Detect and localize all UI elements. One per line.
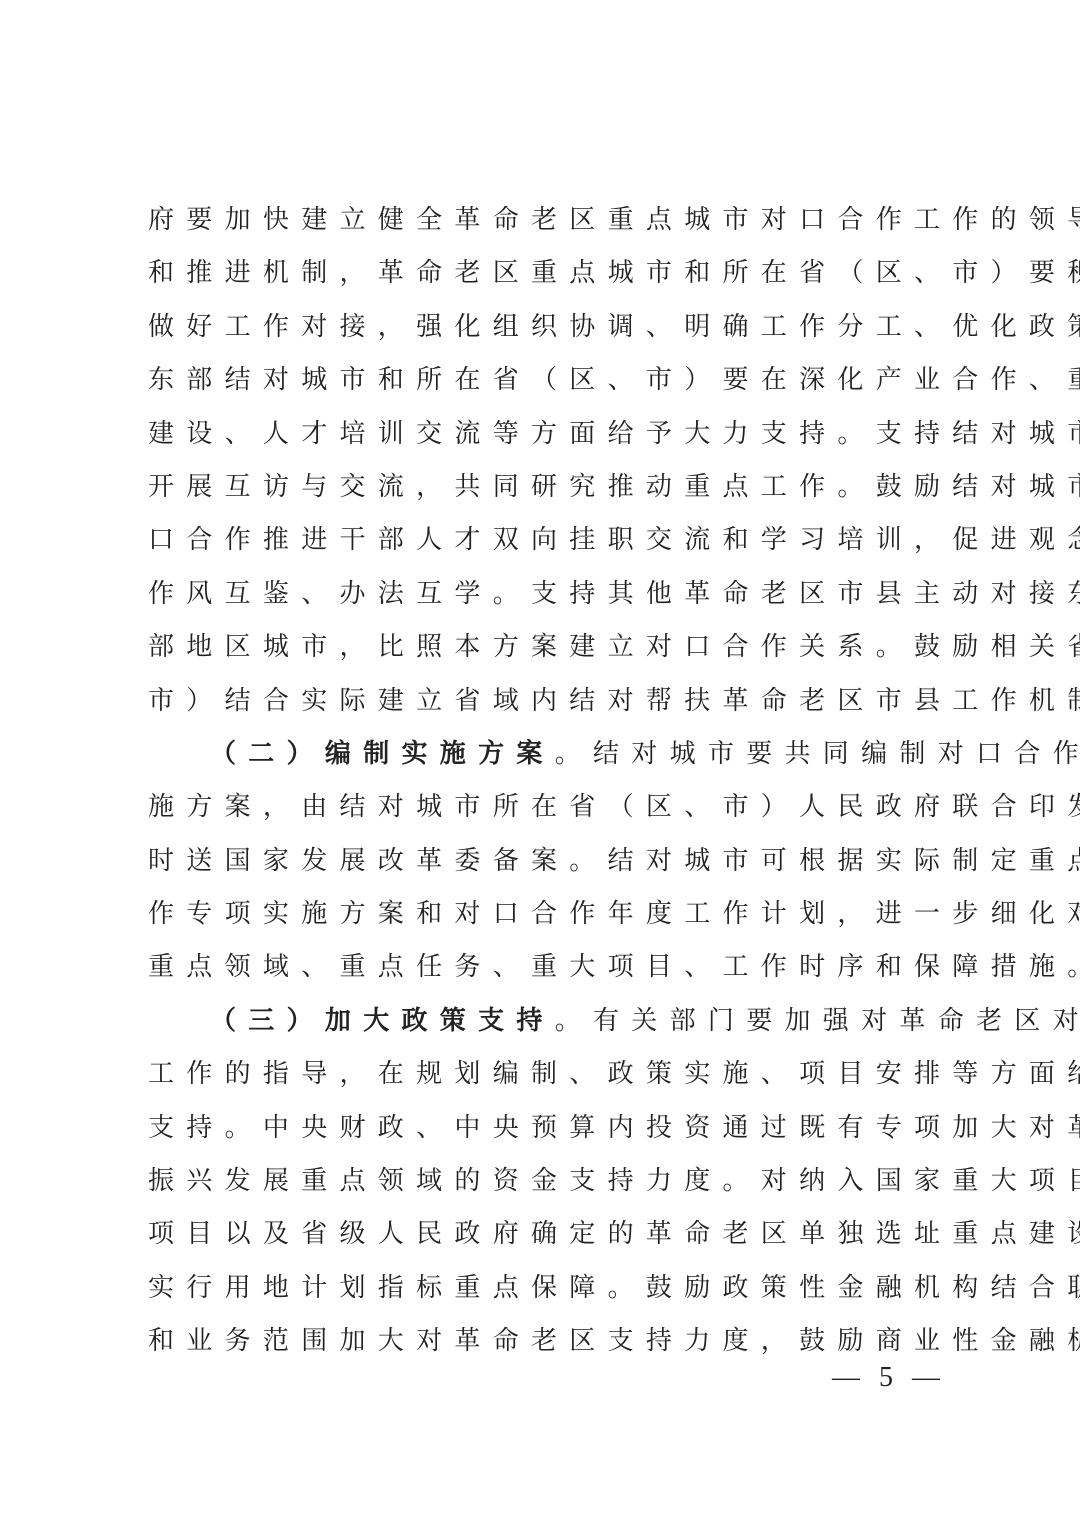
section-2-first-line-text: 。结对城市要共同编制对口合作五年实: [555, 739, 1080, 769]
text-line: 作风互鉴、办法互学。支持其他革命老区市县主动对接东部、中: [148, 568, 934, 621]
page-number: — 5 —: [832, 1362, 946, 1394]
text-line: 重点领域、重点任务、重大项目、工作时序和保障措施。: [148, 941, 934, 994]
text-line: 和推进机制，革命老区重点城市和所在省（区、市）要积极主动: [148, 247, 934, 300]
section-3-first-line-text: 。有关部门要加强对革命老区对口合作: [555, 1006, 1080, 1036]
text-line: 振兴发展重点领域的资金支持力度。对纳入国家重大项目清单的: [148, 1155, 934, 1208]
section-2-heading: （二）编制实施方案: [210, 739, 555, 769]
text-line: 部地区城市，比照本方案建立对口合作关系。鼓励相关省（区、: [148, 621, 934, 674]
text-line: 市）结合实际建立省域内结对帮扶革命老区市县工作机制。: [148, 675, 934, 728]
text-line: 工作的指导，在规划编制、政策实施、项目安排等方面给予倾斜: [148, 1048, 934, 1101]
text-line: 做好工作对接，强化组织协调、明确工作分工、优化政策环境，: [148, 301, 934, 354]
text-line: 作专项实施方案和对口合作年度工作计划，进一步细化对口合作: [148, 888, 934, 941]
document-body: 府要加快建立健全革命老区重点城市对口合作工作的领导、协调 和推进机制，革命老区重…: [148, 194, 934, 1369]
text-line: 口合作推进干部人才双向挂职交流和学习培训，促进观念互通、: [148, 514, 934, 567]
text-line: 开展互访与交流，共同研究推动重点工作。鼓励结对城市依托对: [148, 461, 934, 514]
document-page: 府要加快建立健全革命老区重点城市对口合作工作的领导、协调 和推进机制，革命老区重…: [0, 0, 1080, 1527]
text-line: 和业务范围加大对革命老区支持力度，鼓励商业性金融机构通过: [148, 1315, 934, 1368]
text-line: 实行用地计划指标重点保障。鼓励政策性金融机构结合职能定位: [148, 1262, 934, 1315]
text-line: 支持。中央财政、中央预算内投资通过既有专项加大对革命老区: [148, 1102, 934, 1155]
text-line: 施方案，由结对城市所在省（区、市）人民政府联合印发，并及: [148, 781, 934, 834]
section-3-first-line: （三）加大政策支持。有关部门要加强对革命老区对口合作: [148, 995, 934, 1048]
section-2-paragraph: （二）编制实施方案。结对城市要共同编制对口合作五年实 施方案，由结对城市所在省（…: [148, 728, 934, 995]
text-line: 建设、人才培训交流等方面给予大力支持。支持结对城市政府间: [148, 408, 934, 461]
section-3-heading: （三）加大政策支持: [210, 1006, 555, 1036]
section-2-first-line: （二）编制实施方案。结对城市要共同编制对口合作五年实: [148, 728, 934, 781]
text-line: 东部结对城市和所在省（区、市）要在深化产业合作、重大项目: [148, 354, 934, 407]
section-3-paragraph: （三）加大政策支持。有关部门要加强对革命老区对口合作 工作的指导，在规划编制、政…: [148, 995, 934, 1369]
paragraph-continued: 府要加快建立健全革命老区重点城市对口合作工作的领导、协调 和推进机制，革命老区重…: [148, 194, 934, 728]
text-line: 府要加快建立健全革命老区重点城市对口合作工作的领导、协调: [148, 194, 934, 247]
text-line: 项目以及省级人民政府确定的革命老区单独选址重点建设项目，: [148, 1208, 934, 1261]
text-line: 时送国家发展改革委备案。结对城市可根据实际制定重点领域合: [148, 835, 934, 888]
